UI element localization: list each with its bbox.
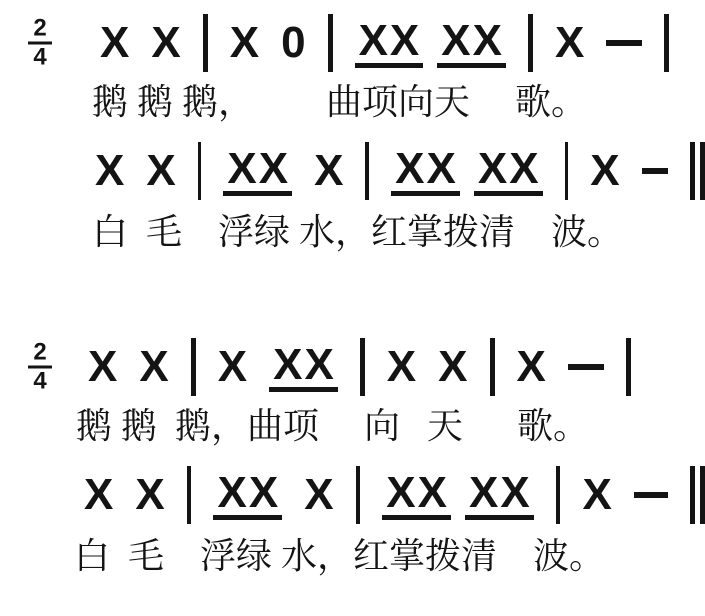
note-x: X	[146, 149, 175, 193]
rhythm-line: 24XXXXXXXX	[0, 338, 705, 396]
barline	[700, 466, 705, 524]
held-note-dash	[634, 492, 668, 498]
note-x: X	[88, 345, 117, 389]
time-signature-numerator: 2	[33, 18, 46, 40]
note-x: X	[441, 19, 470, 63]
note-x: X	[304, 473, 333, 517]
double-barline	[690, 142, 705, 200]
barline	[203, 14, 208, 72]
lyrics-line: 白 毛 浮绿 水，红掌拨清 波。	[0, 210, 705, 256]
note-x: X	[230, 21, 259, 65]
time-signature-denominator: 4	[33, 371, 46, 393]
note-x: X	[555, 21, 584, 65]
beamed-note-pair: XX	[355, 19, 424, 68]
note-x: X	[478, 147, 507, 191]
beamed-note-pair: XX	[437, 19, 506, 68]
note-x: X	[259, 147, 288, 191]
beamed-note-pair: XX	[382, 471, 451, 520]
barline	[626, 338, 631, 396]
barline	[328, 14, 333, 72]
beamed-note-pair: XX	[391, 147, 460, 196]
rest-zero: 0	[281, 21, 305, 65]
barline	[187, 466, 192, 524]
note-x: X	[314, 149, 343, 193]
note-x: X	[273, 343, 302, 387]
barline	[700, 142, 705, 200]
beamed-note-pair: XX	[223, 147, 292, 196]
barline	[490, 338, 495, 396]
note-x: X	[500, 471, 529, 515]
held-note-dash	[568, 364, 604, 370]
note-x: X	[100, 21, 129, 65]
note-x: X	[217, 471, 246, 515]
note-x: X	[509, 147, 538, 191]
note-x: X	[304, 343, 333, 387]
note-x: X	[469, 471, 498, 515]
note-x: X	[135, 473, 164, 517]
barline	[198, 142, 202, 200]
note-x: X	[387, 345, 416, 389]
barline	[690, 466, 695, 524]
barline	[690, 142, 695, 200]
rhythm-tokens: XXXXXXXX	[88, 338, 705, 396]
note-x: X	[95, 149, 124, 193]
rhythm-tokens: XXXXXXXXXX	[84, 466, 705, 524]
rhythm-tokens: XXX0XXXXX	[100, 14, 705, 72]
rhythm-tokens: XXXXXXXXXX	[95, 142, 705, 200]
note-x: X	[395, 147, 424, 191]
rhythm-line: 24XXX0XXXXX	[0, 14, 705, 72]
note-x: X	[418, 471, 447, 515]
rhythm-line: XXXXXXXXXX	[0, 466, 705, 524]
note-x: X	[438, 345, 467, 389]
lyrics-line: 白 毛 浮绿 水，红掌拨清 波。	[0, 534, 705, 580]
note-x: X	[84, 473, 113, 517]
note-x: X	[386, 471, 415, 515]
beamed-note-pair: XX	[474, 147, 543, 196]
barline	[191, 338, 196, 396]
note-x: X	[427, 147, 456, 191]
barline	[365, 142, 369, 200]
note-x: X	[227, 147, 256, 191]
barline	[528, 14, 533, 72]
note-x: X	[582, 473, 611, 517]
time-signature: 24	[28, 342, 52, 393]
rhythm-sheet: 24XXX0XXXXX 鹅 鹅 鹅， 曲项向天 歌。 XXXXXXXXXX 白 …	[0, 0, 705, 616]
held-note-dash	[642, 168, 668, 174]
beamed-note-pair: XX	[269, 343, 338, 392]
lyrics-line: 鹅 鹅 鹅， 曲项向天 歌。	[0, 80, 705, 126]
note-x: X	[151, 21, 180, 65]
double-barline	[690, 466, 705, 524]
barline	[356, 466, 361, 524]
note-x: X	[473, 19, 502, 63]
rhythm-line: XXXXXXXXXX	[0, 142, 705, 200]
time-signature-numerator: 2	[33, 342, 46, 364]
beamed-note-pair: XX	[213, 471, 282, 520]
note-x: X	[590, 149, 619, 193]
barline	[360, 338, 365, 396]
beamed-note-pair: XX	[465, 471, 534, 520]
barline	[664, 14, 669, 72]
barline	[556, 466, 561, 524]
note-x: X	[359, 19, 388, 63]
note-x: X	[218, 345, 247, 389]
note-x: X	[139, 345, 168, 389]
barline	[565, 142, 569, 200]
note-x: X	[390, 19, 419, 63]
note-x: X	[517, 345, 546, 389]
time-signature: 24	[28, 18, 52, 69]
time-signature-denominator: 4	[33, 47, 46, 69]
held-note-dash	[606, 40, 642, 46]
note-x: X	[249, 471, 278, 515]
lyrics-line: 鹅 鹅 鹅，曲项 向 天 歌。	[0, 404, 705, 450]
